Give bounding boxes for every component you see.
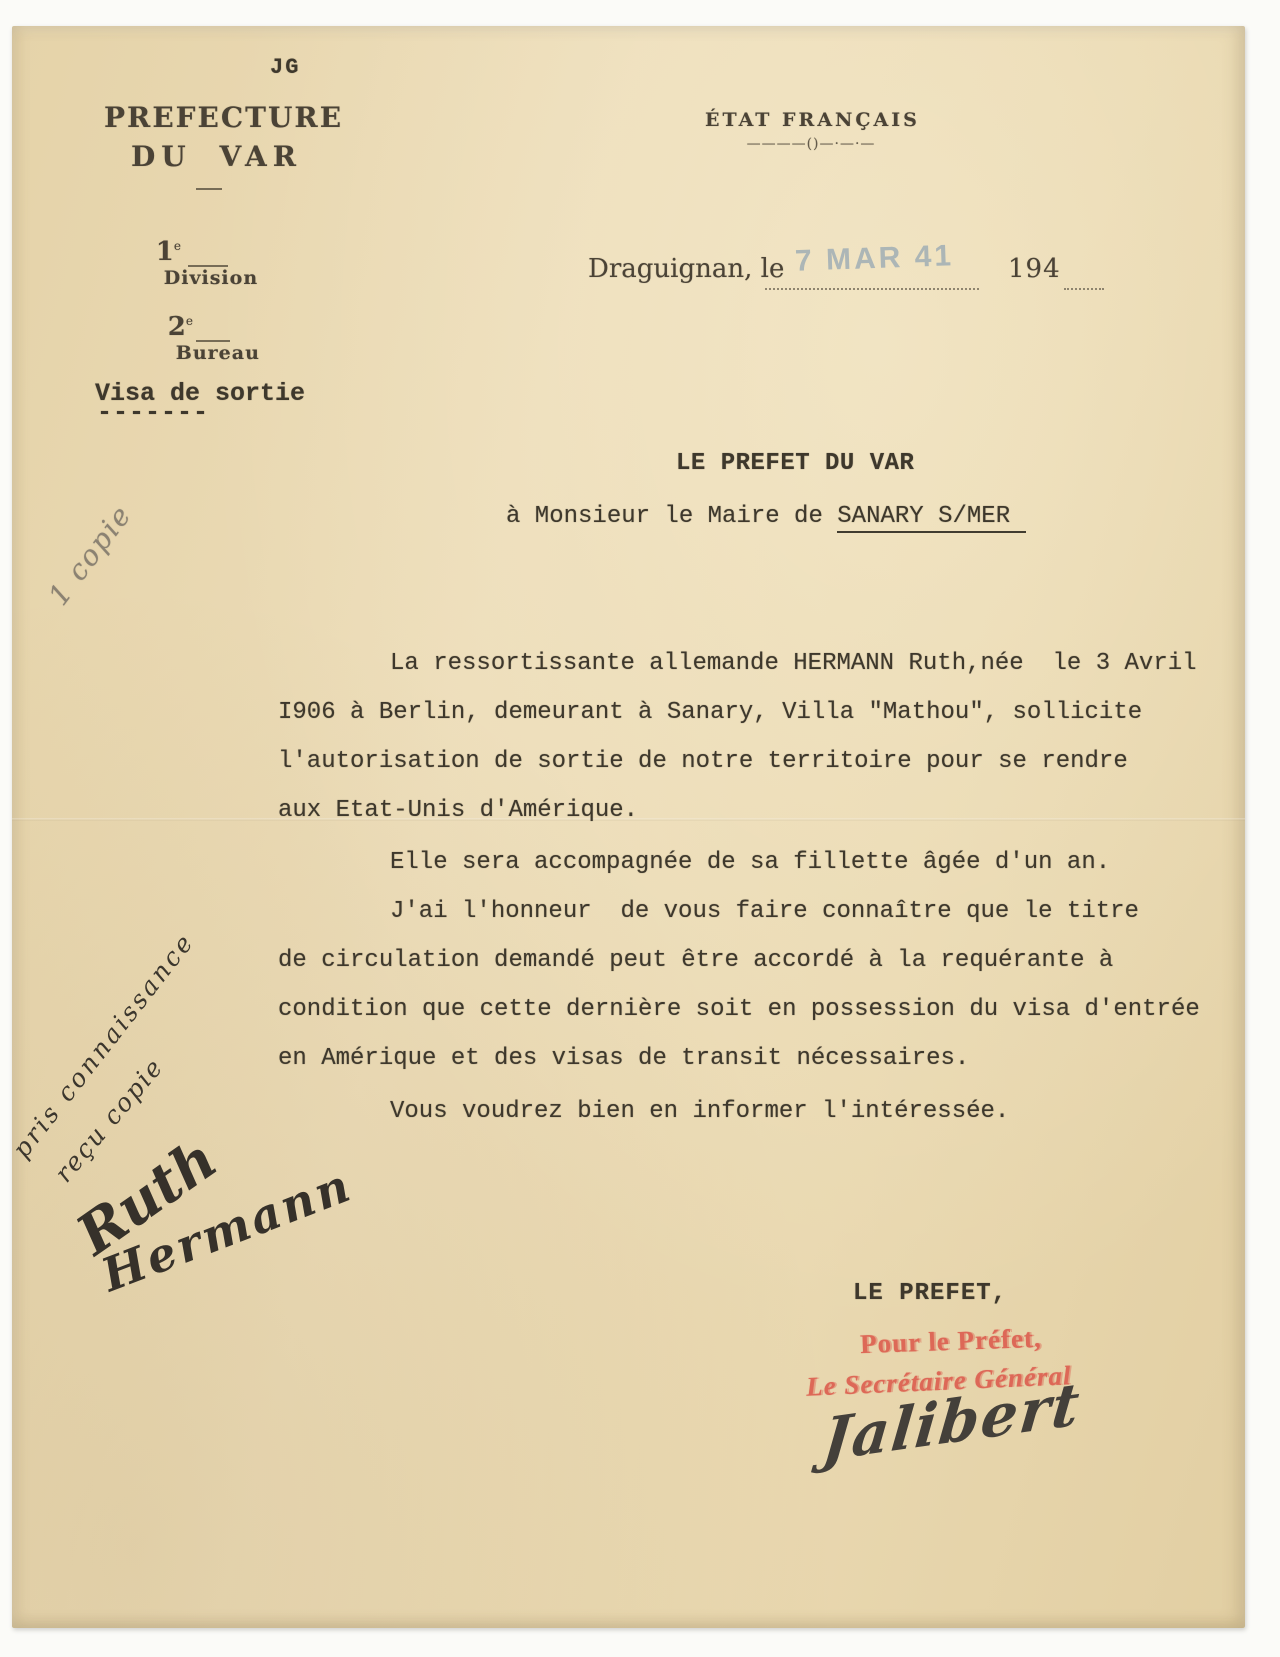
stamp-line-1: Pour le Préfet, bbox=[860, 1323, 1043, 1360]
scanned-letter: JG PREFECTURE DU VAR 1e Division 2e Bure… bbox=[0, 0, 1280, 1657]
dateline-year: 194 bbox=[1008, 254, 1061, 284]
typist-initials: JG bbox=[270, 55, 300, 80]
body-line: I906 à Berlin, demeurant à Sanary, Villa… bbox=[278, 699, 1142, 726]
body-line: condition que cette dernière soit en pos… bbox=[278, 996, 1200, 1023]
state-divider: ————()—·—·— bbox=[705, 136, 917, 152]
received-date-stamp: 7 MAR 41 bbox=[794, 239, 954, 279]
division-label: Division bbox=[164, 267, 258, 289]
body-line: de circulation demandé peut être accordé… bbox=[278, 947, 1113, 974]
letterhead-title-line2: DU VAR bbox=[131, 140, 302, 173]
bureau-divider bbox=[196, 340, 230, 342]
bureau-label: Bureau bbox=[176, 342, 260, 364]
body-line: J'ai l'honneur de vous faire connaître q… bbox=[390, 898, 1139, 925]
recipient-name: SANARY S/MER bbox=[837, 503, 1026, 533]
heading-recipient: à Monsieur le Maire de SANARY S/MER bbox=[506, 503, 1026, 530]
body-line: aux Etat-Unis d'Amérique. bbox=[278, 797, 638, 824]
subject-underline: ------- bbox=[97, 398, 209, 427]
body-line: l'autorisation de sortie de notre territ… bbox=[278, 748, 1128, 775]
heading-sender: LE PREFET DU VAR bbox=[676, 450, 914, 477]
body-line: en Amérique et des visas de transit néce… bbox=[278, 1045, 969, 1072]
letterhead-divider bbox=[196, 188, 222, 190]
year-fill-line bbox=[1064, 262, 1104, 290]
division-number: 1 bbox=[156, 237, 174, 267]
state-title: ÉTAT FRANÇAIS bbox=[705, 109, 917, 131]
body-line: Vous voudrez bien en informer l'intéress… bbox=[390, 1098, 1009, 1125]
recipient-prefix: à Monsieur le Maire de bbox=[506, 503, 837, 530]
division-ordinal: e bbox=[174, 239, 181, 253]
letterhead-title-line1: PREFECTURE bbox=[104, 101, 343, 134]
bureau-line: 2e Bureau bbox=[150, 294, 260, 382]
body-line: La ressortissante allemande HERMANN Ruth… bbox=[390, 650, 1197, 677]
bureau-number: 2 bbox=[168, 312, 186, 342]
body-line: Elle sera accompagnée de sa fillette âgé… bbox=[390, 849, 1110, 876]
division-divider bbox=[188, 265, 228, 267]
closing-signoff: LE PREFET, bbox=[853, 1280, 1007, 1307]
dateline-place: Draguignan, le bbox=[588, 254, 784, 284]
bureau-ordinal: e bbox=[186, 314, 193, 328]
